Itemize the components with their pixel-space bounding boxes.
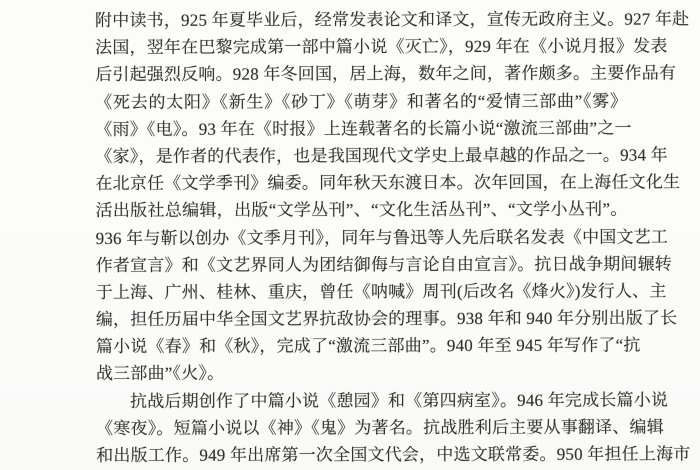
text-line: 法国，翌年在巴黎完成第一部中篇小说《灭亡》，929 年在《小说月报》发表: [95, 33, 627, 62]
text-line: 在北京任《文学季刊》编委。同年秋天东渡日本。次年回国，在上海任文化生: [95, 169, 627, 198]
text-line: 《雨》《电》。93 年在《时报》上连载著名的长篇小说“激流三部曲”之一: [95, 114, 627, 143]
text-line: 后引起强烈反响。928 年冬回国，居上海，数年之间，著作颇多。主要作品有: [95, 60, 627, 89]
text-line: 活出版社总编辑，出版“文学丛刊”、“文化生活丛刊”、“文学小丛刊”。: [95, 196, 627, 225]
text-line: 《家》，是作者的代表作，也是我国现代文学史上最卓越的作品之一。934 年: [95, 142, 627, 171]
book-page: 附中读书，925 年夏毕业后，经常发表论文和译文，宣传无政府主义。927 年赴 …: [0, 0, 700, 470]
text-line: 于上海、广州、桂林、重庆，曾任《呐喊》周刊(后改名《烽火》)发行人、主: [96, 277, 628, 306]
text-line: 和出版工作。949 年出席第一次全国文代会，中选文联常委。950 年担任上海市: [96, 441, 628, 470]
text-line: 作者宣言》和《文艺界同人为团结御侮与言论自由宣言》。抗日战争期间辗转: [96, 250, 628, 279]
text-line: 附中读书，925 年夏毕业后，经常发表论文和译文，宣传无政府主义。927 年赴: [95, 6, 627, 35]
text-line: 《死去的太阳》《新生》《砂丁》《萌芽》和著名的“爱情三部曲”《雾》: [95, 87, 627, 116]
text-line: 936 年与靳以创办《文季月刊》，同年与鲁迅等人先后联名发表《中国文艺工: [96, 223, 628, 252]
text-line-paragraph-end: 战三部曲”《火》。: [96, 359, 628, 388]
text-line: 篇小说《春》和《秋》，完成了“激流三部曲”。940 年至 945 年写作了“抗: [96, 332, 628, 361]
biography-text-block: 附中读书，925 年夏毕业后，经常发表论文和译文，宣传无政府主义。927 年赴 …: [95, 6, 628, 470]
text-line: 编，担任历届中华全国文艺界抗敌协会的理事。938 年和 940 年分别出版了长: [96, 305, 628, 334]
text-line: 《寒夜》。短篇小说以《神》《鬼》为著名。抗战胜利后主要从事翻译、编辑: [96, 413, 628, 442]
text-line-paragraph-start: 抗战后期创作了中篇小说《憩园》和《第四病室》。946 年完成长篇小说: [96, 386, 628, 415]
